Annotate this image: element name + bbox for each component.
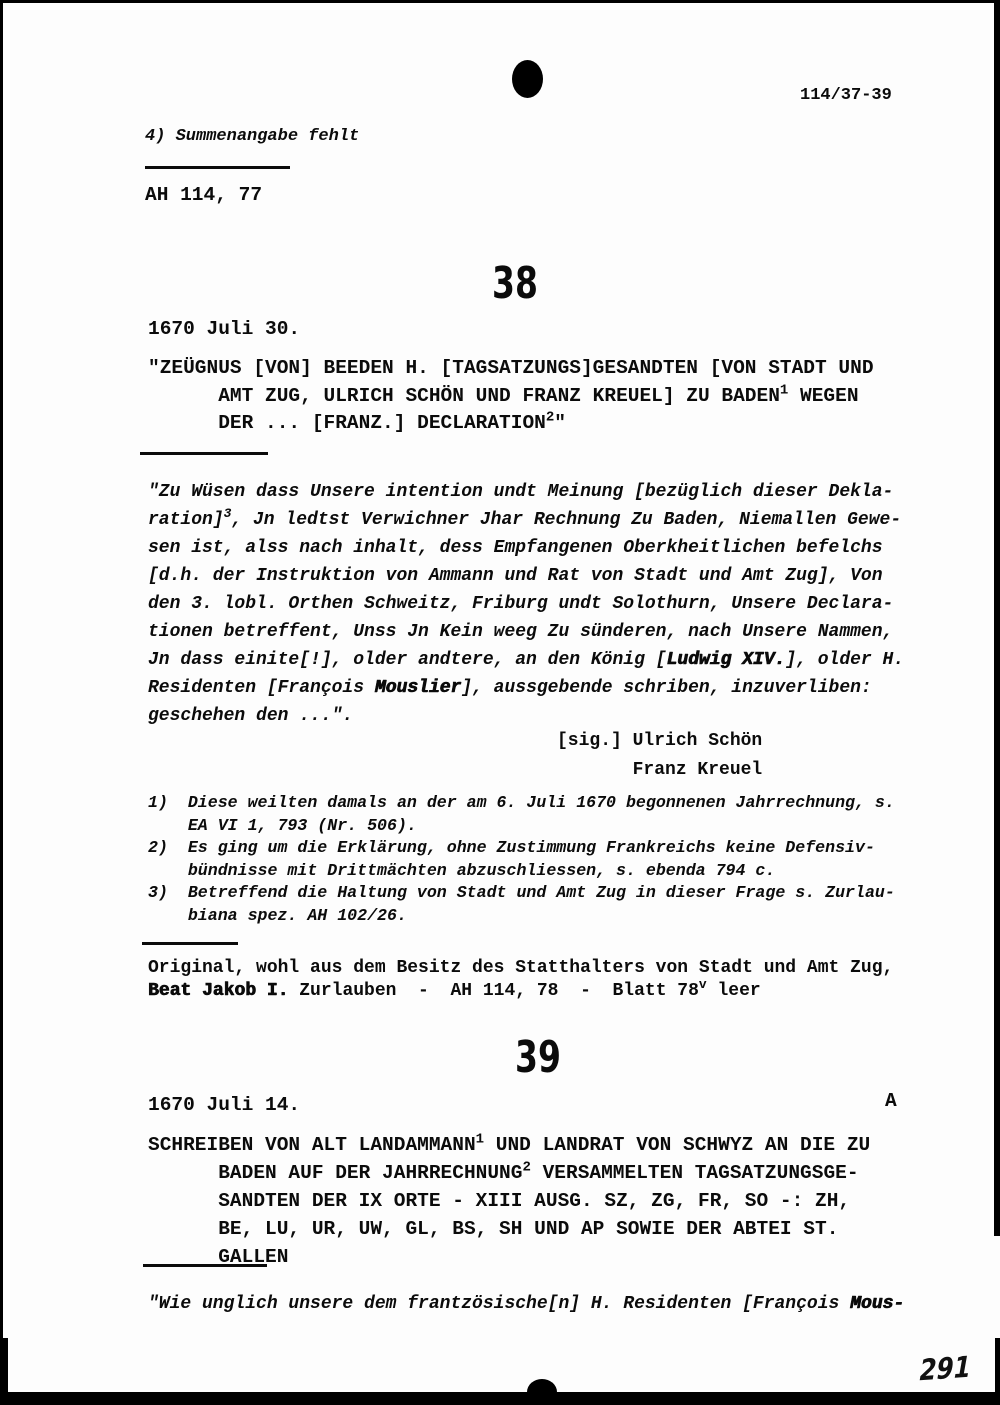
text-line: 3) Betreffend die Haltung von Stadt und … [148, 882, 895, 905]
entry-38-title: "ZEÜGNUS [VON] BEEDEN H. [TAGSATZUNGS]GE… [148, 355, 874, 438]
entry-39-title: SCHREIBEN VON ALT LANDAMMANN1 UND LANDRA… [148, 1131, 870, 1271]
text-line: "Zu Wüsen dass Unsere intention undt Mei… [148, 478, 904, 506]
scanned-document-page: 114/37-39 4) Summenangabe fehlt AH 114, … [0, 0, 1000, 1405]
entry-39-number: 39 [515, 1036, 561, 1080]
text-line: BADEN AUF DER JAHRRECHNUNG2 VERSAMMELTEN… [148, 1159, 870, 1187]
entry-38-quote: "Zu Wüsen dass Unsere intention undt Mei… [148, 478, 904, 730]
divider-rule-3 [142, 942, 238, 945]
entry-38-signatures: [sig.] Ulrich Schön Franz Kreuel [557, 727, 762, 785]
divider-rule-1 [145, 166, 290, 169]
entry-38-footnotes: 1) Diese weilten damals an der am 6. Jul… [148, 792, 895, 928]
scan-edge-bottom-bar [0, 1392, 1000, 1405]
scan-edge-right-upper [994, 0, 1000, 1236]
entry-38-date: 1670 Juli 30. [148, 316, 300, 344]
text-line: SCHREIBEN VON ALT LANDAMMANN1 UND LANDRA… [148, 1131, 870, 1159]
text-line: "ZEÜGNUS [VON] BEEDEN H. [TAGSATZUNGS]GE… [148, 355, 874, 383]
text-line: [d.h. der Instruktion von Ammann und Rat… [148, 562, 904, 590]
text-line: BE, LU, UR, UW, GL, BS, SH UND AP SOWIE … [148, 1215, 870, 1243]
text-line: sen ist, alss nach inhalt, dess Empfange… [148, 534, 904, 562]
text-line: tionen betreffent, Unss Jn Kein weeg Zu … [148, 618, 904, 646]
divider-rule-4 [143, 1264, 267, 1267]
page-header-ref: 114/37-39 [800, 85, 892, 107]
text-line: bündnisse mit Drittmächten abzuschliesse… [148, 860, 895, 883]
text-line: 1) Diese weilten damals an der am 6. Jul… [148, 792, 895, 815]
text-line: Franz Kreuel [557, 756, 762, 785]
text-line: AMT ZUG, ULRICH SCHÖN UND FRANZ KREUEL] … [148, 383, 874, 411]
text-line: Beat Jakob I. Zurlauben - AH 114, 78 - B… [148, 980, 893, 1003]
text-line: "Wie unglich unsere dem frantzösische[n]… [148, 1290, 904, 1318]
scan-edge-top [0, 0, 1000, 3]
archive-signature: AH 114, 77 [145, 182, 262, 210]
entry-39-corner-letter: A [885, 1088, 897, 1116]
text-line: geschehen den ...". [148, 702, 904, 730]
entry-39-quote: "Wie unglich unsere dem frantzösische[n]… [148, 1290, 904, 1318]
marginal-footnote-note: 4) Summenangabe fehlt [145, 126, 359, 148]
hole-punch-dot-top [512, 60, 543, 98]
text-line: den 3. lobl. Orthen Schweitz, Friburg un… [148, 590, 904, 618]
entry-38-number: 38 [492, 262, 538, 306]
text-line: DER ... [FRANZ.] DECLARATION2" [148, 410, 874, 438]
text-line: Residenten [François Mouslier], aussgebe… [148, 674, 904, 702]
divider-rule-2 [140, 452, 268, 455]
text-line: Jn dass einite[!], older andtere, an den… [148, 646, 904, 674]
text-line: [sig.] Ulrich Schön [557, 727, 762, 756]
entry-38-provenance: Original, wohl aus dem Besitz des Statth… [148, 957, 893, 1003]
text-line: EA VI 1, 793 (Nr. 506). [148, 815, 895, 838]
entry-39-date: 1670 Juli 14. [148, 1092, 300, 1120]
text-line: biana spez. AH 102/26. [148, 905, 895, 928]
text-line: SANDTEN DER IX ORTE - XIII AUSG. SZ, ZG,… [148, 1187, 870, 1215]
handwritten-page-number: 291 [917, 1352, 974, 1385]
scan-edge-left [0, 0, 3, 1405]
text-line: ration]3, Jn ledtst Verwichner Jhar Rech… [148, 506, 904, 534]
text-line: 2) Es ging um die Erklärung, ohne Zustim… [148, 837, 895, 860]
text-line: Original, wohl aus dem Besitz des Statth… [148, 957, 893, 980]
